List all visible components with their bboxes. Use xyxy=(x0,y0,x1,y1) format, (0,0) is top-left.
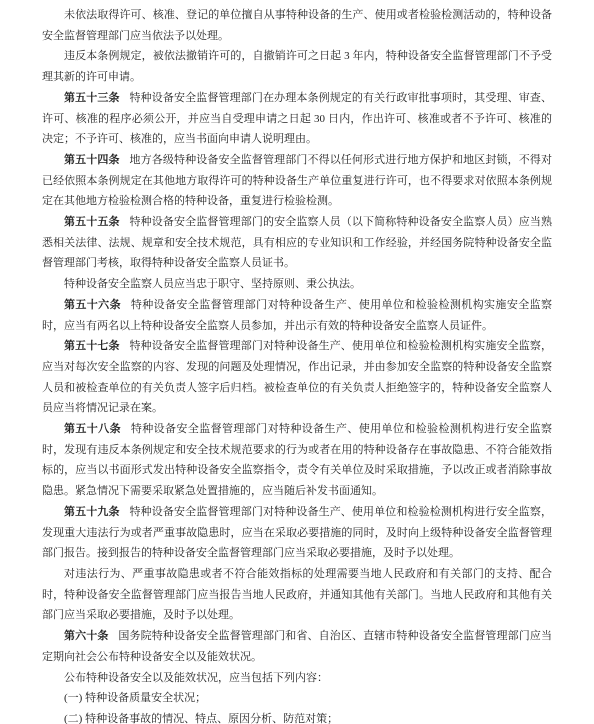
paragraph-text: 违反本条例规定，被依法撤销许可的，自撤销许可之日起 3 年内，特种设备安全监督管… xyxy=(42,50,552,83)
article-number: 第五十七条 xyxy=(64,340,120,352)
paragraph-text: 未依法取得许可、核准、登记的单位擅自从事特种设备的生产、使用或者检验检测活动的，… xyxy=(42,9,552,42)
paragraph: 第五十九条特种设备安全监督管理部门对特种设备生产、使用单位和检验检测机构进行安全… xyxy=(42,502,552,564)
article-number: 第五十五条 xyxy=(64,216,120,228)
paragraph-text: (二) 特种设备事故的情况、特点、原因分析、防范对策； xyxy=(64,713,338,724)
paragraph-text: 特种设备安全监察人员应当忠于职守、坚持原则、秉公执法。 xyxy=(64,278,361,290)
paragraph: (二) 特种设备事故的情况、特点、原因分析、防范对策； xyxy=(42,709,552,724)
article-number: 第五十六条 xyxy=(64,299,121,311)
article-number: 第五十三条 xyxy=(64,92,120,104)
article-number: 第五十四条 xyxy=(64,154,120,166)
paragraph: 第六十条国务院特种设备安全监督管理部门和省、自治区、直辖市特种设备安全监督管理部… xyxy=(42,626,552,667)
paragraph: 第五十六条特种设备安全监督管理部门对特种设备生产、使用单位和检验检测机构实施安全… xyxy=(42,295,552,336)
paragraph: 特种设备安全监察人员应当忠于职守、坚持原则、秉公执法。 xyxy=(42,274,552,295)
paragraph-text: 公布特种设备安全以及能效状况，应当包括下列内容： xyxy=(64,672,328,684)
paragraph: 对违法行为、严重事故隐患或者不符合能效指标的处理需要当地人民政府和有关部门的支持… xyxy=(42,564,552,626)
paragraph: (一) 特种设备质量安全状况； xyxy=(42,688,552,709)
paragraph: 未依法取得许可、核准、登记的单位擅自从事特种设备的生产、使用或者检验检测活动的，… xyxy=(42,5,552,46)
article-number: 第六十条 xyxy=(64,630,109,642)
article-number: 第五十九条 xyxy=(64,506,120,518)
paragraph-text: 对违法行为、严重事故隐患或者不符合能效指标的处理需要当地人民政府和有关部门的支持… xyxy=(42,568,552,621)
paragraph: 第五十四条地方各级特种设备安全监督管理部门不得以任何形式进行地方保护和地区封锁，… xyxy=(42,150,552,212)
paragraph: 第五十七条特种设备安全监督管理部门对特种设备生产、使用单位和检验检测机构实施安全… xyxy=(42,336,552,419)
paragraph: 第五十五条特种设备安全监督管理部门的安全监察人员（以下简称特种设备安全监察人员）… xyxy=(42,212,552,274)
article-number: 第五十八条 xyxy=(64,423,121,435)
paragraph: 违反本条例规定，被依法撤销许可的，自撤销许可之日起 3 年内，特种设备安全监督管… xyxy=(42,46,552,87)
paragraph: 第五十八条特种设备安全监督管理部门对特种设备生产、使用单位和检验检测机构进行安全… xyxy=(42,419,552,502)
paragraph-text: (一) 特种设备质量安全状况； xyxy=(64,692,206,704)
paragraph-text: 国务院特种设备安全监督管理部门和省、自治区、直辖市特种设备安全监督管理部门应当定… xyxy=(42,630,552,663)
paragraph: 第五十三条特种设备安全监督管理部门在办理本条例规定的有关行政审批事项时，其受理、… xyxy=(42,88,552,150)
document-page: 未依法取得许可、核准、登记的单位擅自从事特种设备的生产、使用或者检验检测活动的，… xyxy=(0,0,594,724)
paragraph: 公布特种设备安全以及能效状况，应当包括下列内容： xyxy=(42,668,552,689)
